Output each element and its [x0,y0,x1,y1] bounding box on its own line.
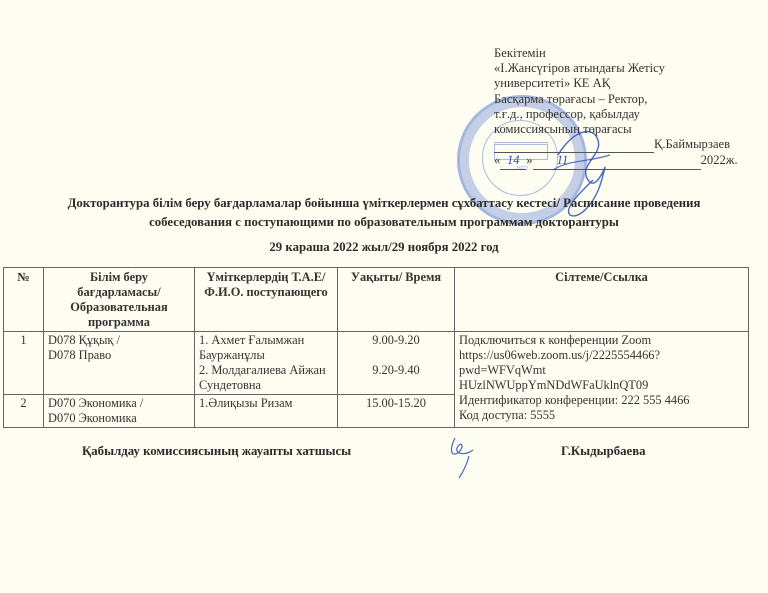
header-link: Сілтеме/Ссылка [455,268,749,332]
row-times: 9.00-9.20 9.20-9.40 [338,332,455,395]
secretary-role: Қабылдау комиссиясының жауапты хатшысы [82,444,351,459]
approval-day: 14 [500,153,526,169]
table-header-row: № Білім беру бағдарламасы/ Образовательн… [4,268,749,332]
approver-name: Қ.Баймырзаев [654,137,730,151]
access-code: Код доступа: 5555 [459,408,744,423]
row-candidates: 1.Әлиқызы Ризам [195,395,338,428]
table-row: 1 D078 Құқық / D078 Право 1. Ахмет Ғалым… [4,332,749,395]
conference-link-cell: Подключиться к конференции Zoom https://… [455,332,749,428]
zoom-url-part-1[interactable]: https://us06web.zoom.us/j/2225554466?pwd… [459,348,660,377]
zoom-url-part-2[interactable]: HUzlNWUppYmNDdWFaUklnQT09 [459,378,648,392]
row-program: D078 Құқық / D078 Право [44,332,195,395]
header-number: № [4,268,44,332]
approval-block: Бекітемін «І.Жансүгіров атындағы Жетісу … [494,46,764,170]
program-kz: D078 Құқық / [48,333,190,348]
approval-signature-row: Қ.Баймырзаев [494,137,764,153]
program-ru: D070 Экономика [48,411,190,426]
candidate-name: 2. Молдагалиева Айжан Сундетовна [199,363,333,393]
approval-line: Басқарма төрағасы – Ректор, [494,92,764,107]
conference-id: Идентификатор конференции: 222 555 4466 [459,393,744,408]
approval-date-row: «14»112022ж. [494,153,764,169]
schedule-date: 29 караша 2022 жыл/29 ноября 2022 год [0,240,768,255]
approval-year: 2022ж. [701,153,738,167]
approval-line: комиссиясының төрағасы [494,122,764,137]
approval-line: т.ғ.д., профессор, қабылдау [494,107,764,122]
zoom-link[interactable]: https://us06web.zoom.us/j/2225554466?pwd… [459,348,744,393]
secretary-signature-icon [443,430,483,480]
secretary-name: Г.Кыдырбаева [561,444,646,459]
approval-line: Бекітемін [494,46,764,61]
time-slot: 9.00-9.20 [342,333,450,363]
title-line-2: собеседования с поступающими по образова… [0,213,768,232]
candidate-name: 1. Ахмет Ғалымжан Бауржанұлы [199,333,333,363]
document-title: Докторантура білім беру бағдарламалар бо… [0,194,768,232]
row-times: 15.00-15.20 [338,395,455,428]
program-kz: D070 Экономика / [48,396,190,411]
approval-line: университеті» КЕ АҚ [494,76,764,91]
row-candidates: 1. Ахмет Ғалымжан Бауржанұлы 2. Молдагал… [195,332,338,395]
time-slot: 9.20-9.40 [342,363,450,393]
row-program: D070 Экономика / D070 Экономика [44,395,195,428]
header-candidate: Үміткерлердің Т.А.Е/Ф.И.О. поступающего [195,268,338,332]
candidate-name: 1.Әлиқызы Ризам [199,396,333,411]
approval-line: «І.Жансүгіров атындағы Жетісу [494,61,764,76]
header-program: Білім беру бағдарламасы/ Образовательная… [44,268,195,332]
row-number: 2 [4,395,44,428]
header-time: Уақыты/ Время [338,268,455,332]
time-slot: 15.00-15.20 [366,396,426,410]
conference-intro: Подключиться к конференции Zoom [459,333,744,348]
title-line-1: Докторантура білім беру бағдарламалар бо… [0,194,768,213]
row-number: 1 [4,332,44,395]
program-ru: D078 Право [48,348,190,363]
interview-schedule-table: № Білім беру бағдарламасы/ Образовательн… [3,267,749,428]
